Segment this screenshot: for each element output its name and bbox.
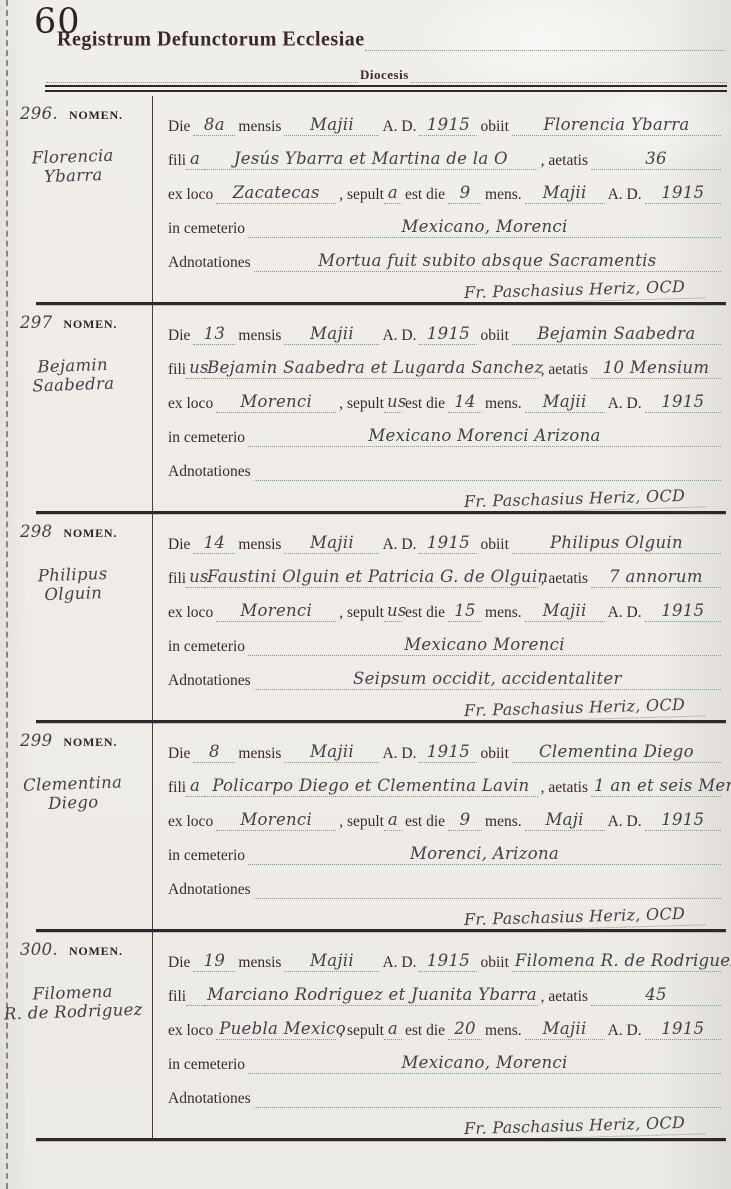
death-date-line: Die 14 mensis Majii A. D. 1915 obiit Phi… [165,520,721,554]
est-die-label: est die [405,604,445,622]
burial-line: ex loco Morenci , sepult us est die 14 m… [165,379,721,413]
decedent-name-line2: Diego [0,791,147,815]
burial-day-field: 9 [448,811,482,831]
obiit-label: obiit [480,536,508,554]
adnotationes-label: Adnotationes [168,254,251,272]
signature-underline: Fr. Paschasius Heriz, OCD [444,1113,706,1138]
nomen-label: NOMEN. [63,735,117,750]
age-field: 7 annorum [591,568,721,588]
origin-place-field: Puebla Mexico [216,1020,336,1040]
fili-label: fili [168,570,186,588]
cemetery-line: in cemeterio Mexicano Morenci [165,622,721,656]
burial-line: ex loco Morenci , sepult us est die 15 m… [165,588,721,622]
burial-month-field: Majii [525,184,605,204]
signature-underline: Fr. Paschasius Heriz, OCD [444,904,706,929]
decedent-field: Philipus Olguin [512,534,721,554]
signature-row: Fr. Paschasius Heriz, OCD [165,1108,721,1138]
burial-month-field: Majii [525,602,605,622]
annotations-field [254,480,721,481]
priest-signature: Fr. Paschasius Heriz, OCD [464,277,686,302]
death-day-field: 8 [193,743,235,763]
priest-signature: Fr. Paschasius Heriz, OCD [464,1113,686,1138]
in-cemeterio-label: in cemeterio [168,1056,245,1074]
sepult-suffix-field: a [384,1020,402,1040]
signature-row: Fr. Paschasius Heriz, OCD [165,899,721,929]
anno-domini-label-2: A. D. [608,1022,642,1040]
burial-line: ex loco Morenci , sepult a est die 9 men… [165,797,721,831]
header-double-rule [45,85,727,92]
parents-field: Bejamin Saabedra et Lugarda Sanchez [204,359,538,379]
entry-number: 297 [20,314,52,333]
death-date-line: Die 19 mensis Majii A. D. 1915 obiit Fil… [165,938,721,972]
signature-underline: Fr. Paschasius Heriz, OCD [444,277,706,302]
mensis-label: mensis [238,118,281,136]
sepult-label: , sepult [339,395,384,413]
die-label: Die [168,954,190,972]
anno-domini-label-2: A. D. [608,813,642,831]
fili-label: fili [168,988,186,1006]
entries-list: 296. NOMEN. Florencia Ybarra Die 8a mens… [0,96,731,1141]
cemetery-field: Mexicano, Morenci [248,1054,721,1074]
fili-label: fili [168,779,186,797]
aetatis-label: , aetatis [541,570,588,588]
death-month-field: Majii [284,116,379,136]
in-cemeterio-label: in cemeterio [168,429,245,447]
origin-place-field: Morenci [216,393,336,413]
decedent-field: Florencia Ybarra [512,116,721,136]
death-day-field: 19 [193,952,235,972]
diocesis-blank-line-right [411,66,727,83]
aetatis-label: , aetatis [541,152,588,170]
page-header: 60 Registrum Defunctorum Ecclesiae Dioce… [0,0,731,96]
burial-month-field: Majii [525,1020,605,1040]
name-column: 299 NOMEN. Clementina Diego [0,723,153,929]
cemetery-field: Morenci, Arizona [248,845,721,865]
death-year-field: 1915 [419,952,477,972]
nomen-label: NOMEN. [63,526,117,541]
cemetery-line: in cemeterio Mexicano, Morenci [165,1040,721,1074]
sepult-suffix-field: us [384,602,402,622]
register-entry: 296. NOMEN. Florencia Ybarra Die 8a mens… [0,96,731,302]
death-day-field: 14 [193,534,235,554]
register-entry: 297 NOMEN. Bejamin Saabedra Die 13 mensi… [0,305,731,511]
ex-loco-label: ex loco [168,1022,213,1040]
diocesis-row: Diocesis [46,66,727,83]
fili-suffix-field: a [186,150,204,170]
parents-field: Jesús Ybarra et Martina de la O [204,150,538,170]
mens-label: mens. [485,395,522,413]
ex-loco-label: ex loco [168,395,213,413]
entry-number: 299 [20,732,52,751]
signature-row: Fr. Paschasius Heriz, OCD [165,690,721,720]
aetatis-label: , aetatis [541,361,588,379]
parents-line: fili Marciano Rodriguez et Juanita Ybarr… [165,972,721,1006]
burial-month-field: Majii [525,393,605,413]
anno-domini-label: A. D. [382,954,416,972]
title-blank-line [365,34,725,51]
origin-place-field: Zacatecas [216,184,336,204]
record-column: Die 8 mensis Majii A. D. 1915 obiit Clem… [153,723,731,929]
name-column: 300. NOMEN. Filomena R. de Rodriguez [0,932,153,1138]
mens-label: mens. [485,604,522,622]
decedent-name-line2: R. de Rodriguez [0,1000,147,1024]
decedent-name: Filomena R. de Rodriguez [0,981,153,1024]
est-die-label: est die [405,1022,445,1040]
burial-year-field: 1915 [645,602,721,622]
annotations-field: Mortua fuit subito absque Sacramentis [254,252,721,272]
adnotationes-label: Adnotationes [168,672,251,690]
parents-field: Faustini Olguin et Patricia G. de Olguin [204,568,538,588]
die-label: Die [168,118,190,136]
decedent-field: Clementina Diego [512,743,721,763]
nomen-label: NOMEN. [63,317,117,332]
aetatis-label: , aetatis [541,988,588,1006]
death-year-field: 1915 [419,534,477,554]
obiit-label: obiit [480,118,508,136]
mens-label: mens. [485,813,522,831]
sepult-suffix-field: a [384,184,402,204]
parents-field: Marciano Rodriguez et Juanita Ybarra [204,986,538,1006]
obiit-label: obiit [480,745,508,763]
burial-year-field: 1915 [645,811,721,831]
register-title-row: Registrum Defunctorum Ecclesiae [57,28,725,51]
mensis-label: mensis [238,327,281,345]
age-field: 36 [591,150,721,170]
annotations-field: Seipsum occidit, accidentaliter [254,670,721,690]
est-die-label: est die [405,186,445,204]
in-cemeterio-label: in cemeterio [168,847,245,865]
anno-domini-label-2: A. D. [608,395,642,413]
sepult-label: , sepult [339,1022,384,1040]
decedent-name: Florencia Ybarra [0,145,153,188]
death-day-field: 8a [193,116,235,136]
origin-place-field: Morenci [216,811,336,831]
fili-suffix-field: a [186,777,204,797]
anno-domini-label-2: A. D. [608,186,642,204]
signature-underline: Fr. Paschasius Heriz, OCD [444,486,706,511]
fili-suffix-field [186,1005,204,1006]
death-day-field: 13 [193,325,235,345]
burial-day-field: 20 [448,1020,482,1040]
ex-loco-label: ex loco [168,813,213,831]
parents-line: fili a Jesús Ybarra et Martina de la O ,… [165,136,721,170]
death-date-line: Die 8a mensis Majii A. D. 1915 obiit Flo… [165,102,721,136]
diocesis-label: Diocesis [360,67,409,83]
die-label: Die [168,745,190,763]
entry-number: 298 [20,523,52,542]
die-label: Die [168,536,190,554]
register-entry: 298 NOMEN. Philipus Olguin Die 14 mensis… [0,514,731,720]
priest-signature: Fr. Paschasius Heriz, OCD [464,904,686,929]
anno-domini-label: A. D. [382,327,416,345]
in-cemeterio-label: in cemeterio [168,220,245,238]
sepult-label: , sepult [339,813,384,831]
sepult-label: , sepult [339,604,384,622]
register-entry: 300. NOMEN. Filomena R. de Rodriguez Die… [0,932,731,1138]
sepult-suffix-field: us [384,393,402,413]
age-field: 1 an et seis Mens. [591,777,721,797]
annotations-line: Adnotationes [165,865,721,899]
burial-year-field: 1915 [645,1020,721,1040]
burial-line: ex loco Zacatecas , sepult a est die 9 m… [165,170,721,204]
mensis-label: mensis [238,745,281,763]
obiit-label: obiit [480,954,508,972]
decedent-name-line2: Olguin [0,582,147,606]
entry-number-row: 297 NOMEN. [0,314,152,333]
burial-month-field: Maji [525,811,605,831]
parents-field: Policarpo Diego et Clementina Lavin [204,777,538,797]
decedent-field: Filomena R. de Rodriguez [512,952,721,972]
nomen-label: NOMEN. [69,108,123,123]
parents-line: fili a Policarpo Diego et Clementina Lav… [165,763,721,797]
origin-place-field: Morenci [216,602,336,622]
register-entry: 299 NOMEN. Clementina Diego Die 8 mensis… [0,723,731,929]
decedent-name: Bejamin Saabedra [0,354,153,397]
adnotationes-label: Adnotationes [168,1090,251,1108]
entry-separator-rule [36,1138,726,1141]
priest-signature: Fr. Paschasius Heriz, OCD [464,486,686,511]
death-month-field: Majii [284,534,379,554]
annotations-line: Adnotationes Mortua fuit subito absque S… [165,238,721,272]
anno-domini-label: A. D. [382,536,416,554]
decedent-name: Philipus Olguin [0,563,153,606]
entry-number-row: 299 NOMEN. [0,732,152,751]
register-title: Registrum Defunctorum Ecclesiae [57,27,365,52]
entry-number-row: 300. NOMEN. [0,941,152,960]
signature-row: Fr. Paschasius Heriz, OCD [165,272,721,302]
parents-line: fili us Faustini Olguin et Patricia G. d… [165,554,721,588]
annotations-field [254,1107,721,1108]
signature-row: Fr. Paschasius Heriz, OCD [165,481,721,511]
decedent-name-line2: Saabedra [0,373,147,397]
entry-number: 300. [20,941,58,960]
sepult-label: , sepult [339,186,384,204]
fili-suffix-field: us [186,359,204,379]
burial-day-field: 9 [448,184,482,204]
anno-domini-label: A. D. [382,118,416,136]
death-month-field: Majii [284,952,379,972]
burial-year-field: 1915 [645,393,721,413]
ex-loco-label: ex loco [168,604,213,622]
record-column: Die 14 mensis Majii A. D. 1915 obiit Phi… [153,514,731,720]
cemetery-field: Mexicano, Morenci [248,218,721,238]
cemetery-line: in cemeterio Mexicano Morenci Arizona [165,413,721,447]
mensis-label: mensis [238,536,281,554]
fili-label: fili [168,152,186,170]
mens-label: mens. [485,186,522,204]
burial-line: ex loco Puebla Mexico , sepult a est die… [165,1006,721,1040]
burial-year-field: 1915 [645,184,721,204]
fili-label: fili [168,361,186,379]
anno-domini-label-2: A. D. [608,604,642,622]
record-column: Die 13 mensis Majii A. D. 1915 obiit Bej… [153,305,731,511]
adnotationes-label: Adnotationes [168,881,251,899]
nomen-label: NOMEN. [69,944,123,959]
cemetery-field: Mexicano Morenci Arizona [248,427,721,447]
death-year-field: 1915 [419,116,477,136]
ex-loco-label: ex loco [168,186,213,204]
death-date-line: Die 8 mensis Majii A. D. 1915 obiit Clem… [165,729,721,763]
record-column: Die 19 mensis Majii A. D. 1915 obiit Fil… [153,932,731,1138]
burial-day-field: 15 [448,602,482,622]
anno-domini-label: A. D. [382,745,416,763]
death-month-field: Majii [284,743,379,763]
in-cemeterio-label: in cemeterio [168,638,245,656]
entry-number: 296. [20,105,58,124]
signature-underline: Fr. Paschasius Heriz, OCD [444,695,706,720]
death-year-field: 1915 [419,743,477,763]
adnotationes-label: Adnotationes [168,463,251,481]
die-label: Die [168,327,190,345]
death-month-field: Majii [284,325,379,345]
parents-line: fili us Bejamin Saabedra et Lugarda Sanc… [165,345,721,379]
age-field: 45 [591,986,721,1006]
age-field: 10 Mensium [591,359,721,379]
cemetery-line: in cemeterio Morenci, Arizona [165,831,721,865]
fili-suffix-field: us [186,568,204,588]
annotations-line: Adnotationes Seipsum occidit, accidental… [165,656,721,690]
entry-number-row: 296. NOMEN. [0,105,152,124]
mensis-label: mensis [238,954,281,972]
diocesis-blank-line-left [46,66,358,83]
decedent-field: Bejamin Saabedra [512,325,721,345]
annotations-field [254,898,721,899]
est-die-label: est die [405,395,445,413]
annotations-line: Adnotationes [165,1074,721,1108]
mens-label: mens. [485,1022,522,1040]
priest-signature: Fr. Paschasius Heriz, OCD [464,695,686,720]
sepult-suffix-field: a [384,811,402,831]
entry-number-row: 298 NOMEN. [0,523,152,542]
record-column: Die 8a mensis Majii A. D. 1915 obiit Flo… [153,96,731,302]
cemetery-line: in cemeterio Mexicano, Morenci [165,204,721,238]
decedent-name-line2: Ybarra [0,164,147,188]
obiit-label: obiit [480,327,508,345]
burial-day-field: 14 [448,393,482,413]
death-year-field: 1915 [419,325,477,345]
cemetery-field: Mexicano Morenci [248,636,721,656]
aetatis-label: , aetatis [541,779,588,797]
annotations-line: Adnotationes [165,447,721,481]
decedent-name: Clementina Diego [0,772,153,815]
name-column: 296. NOMEN. Florencia Ybarra [0,96,153,302]
name-column: 297 NOMEN. Bejamin Saabedra [0,305,153,511]
death-date-line: Die 13 mensis Majii A. D. 1915 obiit Bej… [165,311,721,345]
est-die-label: est die [405,813,445,831]
name-column: 298 NOMEN. Philipus Olguin [0,514,153,720]
